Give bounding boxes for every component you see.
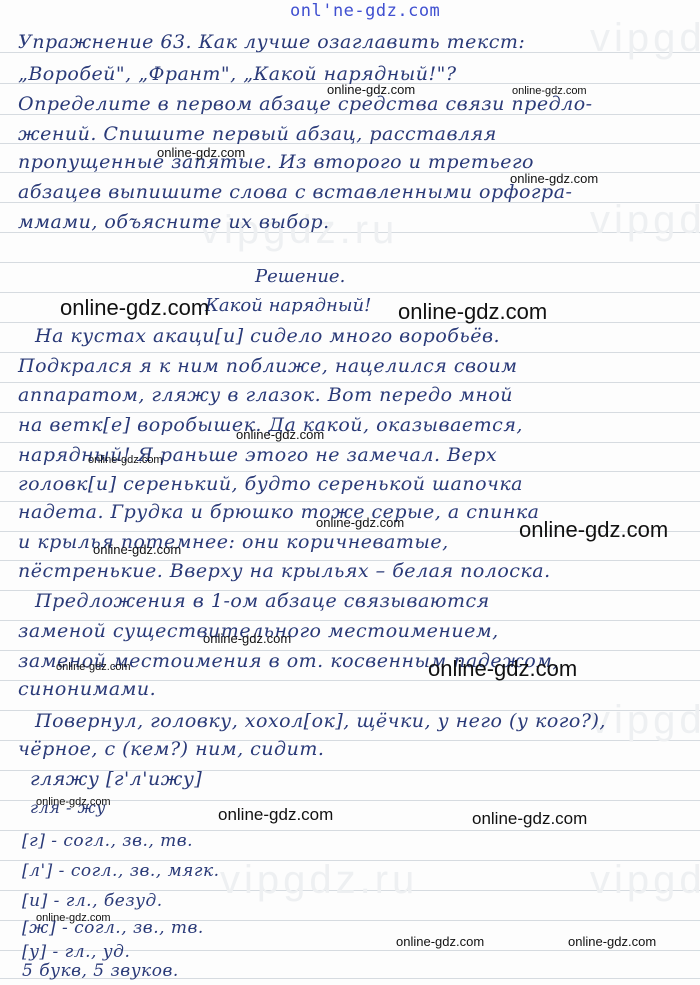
ghost-watermark: vipgdz.ru [590, 700, 700, 740]
ghost-watermark: vipgdz.ru [220, 860, 418, 900]
site-watermark: online-gdz.com [472, 810, 587, 827]
site-watermark: online-gdz.com [510, 172, 598, 185]
task-line: абзацев выпишите слова с вставленными ор… [18, 183, 572, 202]
analysis-line: Предложения в 1-ом абзаце связываются [35, 592, 490, 611]
text-line: надета. Грудка и брюшко тоже серые, а сп… [18, 503, 540, 522]
site-watermark: online-gdz.com [398, 301, 547, 323]
site-watermark: online-gdz.com [218, 806, 333, 823]
phonetic-line: 5 букв, 5 звуков. [22, 963, 179, 980]
site-watermark: online-gdz.com [88, 455, 163, 466]
text-title: Какой нарядный! [205, 295, 371, 316]
homework-page: vipgdz.ru vipgdz.ru vipgdz.ru vipgdz.ru … [0, 0, 700, 985]
task-line: пропущенные запятые. Из второго и третье… [18, 153, 534, 172]
ruled-line [0, 352, 700, 353]
site-watermark: online-gdz.com [157, 146, 245, 159]
site-watermark: online-gdz.com [512, 86, 587, 97]
ruled-line [0, 322, 700, 323]
ruled-line [0, 471, 700, 472]
words-line: чёрное, с (кем?) ним, сидит. [18, 740, 324, 759]
phonetic-line: [у] - гл., уд. [22, 944, 130, 961]
ghost-watermark: vipgdz.ru [590, 18, 700, 58]
ruled-line [0, 442, 700, 443]
ruled-line [0, 292, 700, 293]
site-watermark: online-gdz.com [236, 428, 324, 441]
ghost-watermark: vipgdz.ru [590, 860, 700, 900]
task-line: Упражнение 63. Как лучше озаглавить текс… [18, 33, 525, 52]
task-line: Определите в первом абзаце средства связ… [18, 95, 593, 114]
site-watermark: online-gdz.com [203, 632, 291, 645]
site-watermark: online-gdz.com [36, 797, 111, 808]
phonetic-line: [г] - согл., зв., тв. [22, 833, 193, 850]
site-watermark: online-gdz.com [568, 935, 656, 948]
site-watermark: online-gdz.com [56, 662, 131, 673]
analysis-line: синонимами. [18, 680, 156, 699]
site-watermark: online-gdz.com [428, 658, 577, 680]
text-line: пёстренькие. Вверху на крыльях – белая п… [18, 562, 551, 581]
text-line: На кустах акаци[и] сидело много воробьёв… [35, 327, 500, 346]
ruled-line [0, 262, 700, 263]
ruled-line [0, 382, 700, 383]
task-line: жений. Спишите первый абзац, расставляя [18, 125, 497, 144]
text-line: Подкрался я к ним поближе, нацелился сво… [18, 357, 518, 376]
text-line: аппаратом, гляжу в глазок. Вот передо мн… [18, 386, 513, 405]
words-line: Повернул, головку, хохол[ок], щёчки, у н… [35, 712, 606, 731]
phonetic-line: [л'] - согл., зв., мягк. [22, 863, 220, 880]
task-line: ммами, объясните их выбор. [18, 213, 330, 232]
top-watermark: onl'ne-gdz.com [290, 3, 440, 20]
site-watermark: online-gdz.com [36, 913, 111, 924]
ghost-watermark: vipgdz.ru [590, 200, 700, 240]
site-watermark: online-gdz.com [396, 935, 484, 948]
phonetic-line: [и] - гл., безуд. [22, 893, 163, 910]
ruled-line [0, 412, 700, 413]
site-watermark: online-gdz.com [519, 519, 668, 541]
phonetic-line: гляжу [г'л'ижу] [30, 770, 202, 789]
text-line: и крылья потемнее: они коричневатые, [18, 533, 449, 552]
site-watermark: online-gdz.com [93, 543, 181, 556]
site-watermark: online-gdz.com [60, 297, 209, 319]
text-line: головк[и] серенький, будто серенькой шап… [18, 475, 523, 494]
solution-heading: Решение. [255, 266, 345, 287]
site-watermark: online-gdz.com [327, 83, 415, 96]
site-watermark: online-gdz.com [316, 516, 404, 529]
